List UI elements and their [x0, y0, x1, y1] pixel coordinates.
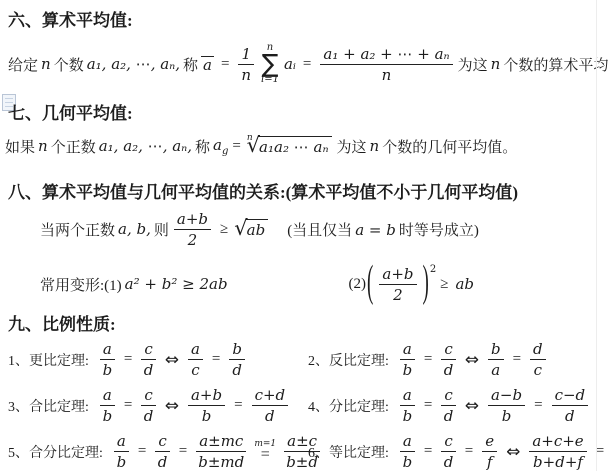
- item-2-label: (2): [349, 276, 367, 293]
- text-run: 称: [183, 54, 198, 75]
- fraction: cd: [438, 432, 458, 471]
- document-page: 六、算术平均值: 给定 n 个数 a₁, a₂, ⋯, aₙ, 称 a = 1n…: [0, 0, 608, 471]
- fraction: ab: [397, 386, 418, 425]
- summation: n∑i=1: [261, 43, 279, 86]
- equals-sign: =: [124, 397, 132, 414]
- fraction: cd: [438, 340, 458, 379]
- fraction: cd: [138, 340, 158, 379]
- fraction: dc: [527, 340, 549, 379]
- fraction-a-plus-b-over-2: a+b2: [171, 210, 214, 249]
- var-a-g: ag: [210, 136, 228, 157]
- text-run: 给定: [8, 54, 38, 75]
- var-ai: aᵢ: [284, 55, 296, 73]
- equals-sign: =: [424, 351, 432, 368]
- theorem-item-6: 6、等比定理: ab = cd = ef ⇔ a+c+eb+d+f = ab: [308, 432, 608, 471]
- theorem-label: 2、反比定理:: [308, 350, 389, 370]
- var-a-eq-b: a = b: [355, 221, 396, 239]
- text-run: 如果: [5, 136, 35, 157]
- iff-arrow-icon: ⇔: [165, 396, 179, 416]
- sqrt-ab: √ab: [234, 219, 271, 240]
- fraction: bd: [226, 340, 248, 379]
- var-list: a₁, a₂, ⋯, aₙ,: [87, 55, 180, 73]
- text-run: 个数的几何平均值。: [382, 136, 517, 157]
- page-edge-rule: [596, 0, 597, 471]
- theorem-item-1: 1、更比定理: ab = cd ⇔ ac = bd: [8, 340, 308, 379]
- close-paren: ): [423, 258, 429, 310]
- geq-sign: ≥: [220, 221, 228, 238]
- geo-mean-definition: 如果 n 个正数 a₁, a₂, ⋯, aₙ, 称 ag = n√a₁a₂ ⋯ …: [5, 131, 608, 161]
- fraction: a+c+eb+d+f: [526, 432, 589, 471]
- fraction-a-plus-b-over-2: a+b2: [376, 265, 419, 304]
- equals-sign: =: [534, 397, 542, 414]
- iff-arrow-icon: ⇔: [506, 442, 520, 462]
- fraction: c+dd: [249, 386, 292, 425]
- text-run: 为这: [458, 54, 488, 75]
- fraction: cd: [138, 386, 158, 425]
- am-gm-inequality: 当两个正数 a, b, 则 a+b2 ≥ √ab (当且仅当a = b时等号成立…: [40, 208, 608, 250]
- fraction: ac: [185, 340, 206, 379]
- text-run: 则: [154, 219, 169, 240]
- fraction: ab: [397, 340, 418, 379]
- fraction: ba: [485, 340, 507, 379]
- section-9-heading: 九、比例性质:: [8, 310, 608, 335]
- nth-root: n√a₁a₂ ⋯ aₙ: [247, 136, 335, 157]
- var-ab: ab: [455, 275, 474, 293]
- var-n: n: [370, 137, 380, 155]
- var-n: n: [491, 55, 501, 73]
- conditional-equals: m=1=: [254, 440, 276, 463]
- transform-label: 常用变形:(1): [40, 274, 122, 295]
- fraction: ef: [479, 432, 500, 471]
- proportion-theorems: 1、更比定理: ab = cd ⇔ ac = bd 2、反比定理: ab = c…: [8, 340, 608, 471]
- fraction: ab: [111, 432, 132, 471]
- equals-sign: =: [138, 443, 146, 460]
- fraction: cd: [152, 432, 172, 471]
- equals-sign: =: [465, 443, 473, 460]
- fraction: a−bb: [485, 386, 528, 425]
- equals-sign: =: [221, 56, 229, 73]
- text-run: 为这: [337, 136, 367, 157]
- text-run: 称: [195, 136, 210, 157]
- equals-sign: =: [179, 443, 187, 460]
- square-exponent: 2: [430, 264, 436, 275]
- equals-sign: =: [124, 351, 132, 368]
- fraction: c−dd: [549, 386, 592, 425]
- equals-sign: =: [303, 56, 311, 73]
- theorem-item-5: 5、合分比定理: ab = cd = a±mcb±md m=1= a±cb±d: [8, 432, 308, 471]
- theorem-item-4: 4、分比定理: ab = cd ⇔ a−bb = c−dd: [308, 386, 608, 425]
- section-7-heading: 七、几何平均值:: [8, 99, 608, 124]
- theorem-label: 1、更比定理:: [8, 350, 89, 370]
- fraction-one-over-n: 1n: [235, 45, 257, 84]
- var-a-bar: a: [201, 56, 214, 73]
- equals-sign: =: [513, 351, 521, 368]
- var-n: n: [41, 55, 51, 73]
- fraction: ab: [97, 386, 118, 425]
- fraction: a±mcb±md: [193, 432, 249, 471]
- theorem-label: 6、等比定理:: [308, 442, 389, 462]
- text-run: 个数的算术平均值。: [503, 54, 608, 75]
- identity-1: a² + b² ≥ 2ab: [125, 275, 228, 293]
- theorem-item-3: 3、合比定理: ab = cd ⇔ a+bb = c+dd: [8, 386, 308, 425]
- fraction: ab: [397, 432, 418, 471]
- geq-sign: ≥: [440, 276, 448, 293]
- text-run: 当两个正数: [40, 219, 115, 240]
- iff-arrow-icon: ⇔: [165, 350, 179, 370]
- sigma-icon: ∑: [262, 53, 279, 76]
- theorem-item-2: 2、反比定理: ab = cd ⇔ ba = dc: [308, 340, 608, 379]
- iff-arrow-icon: ⇔: [465, 350, 479, 370]
- equals-sign: =: [212, 351, 220, 368]
- theorem-label: 4、分比定理:: [308, 396, 389, 416]
- common-transforms: 常用变形:(1) a² + b² ≥ 2ab (2) ( a+b2 ) 2 ≥ …: [40, 260, 608, 308]
- fraction: cd: [438, 386, 458, 425]
- theorem-label: 5、合分比定理:: [8, 442, 103, 462]
- text-run: 个正数: [51, 136, 96, 157]
- arith-mean-definition: 给定 n 个数 a₁, a₂, ⋯, aₙ, 称 a = 1n n∑i=1 aᵢ…: [8, 40, 608, 88]
- section-8-heading: 八、算术平均值与几何平均值的关系:(算术平均值不小于几何平均值): [8, 178, 608, 203]
- text-run: 个数: [54, 54, 84, 75]
- var-ab: a, b,: [118, 220, 151, 238]
- equality-note: (当且仅当a = b时等号成立): [287, 219, 479, 240]
- equals-sign: =: [424, 397, 432, 414]
- open-paren: (: [367, 258, 373, 310]
- equals-sign: =: [234, 397, 242, 414]
- fraction-sum-over-n: a₁ + a₂ + ⋯ + aₙn: [317, 45, 455, 84]
- var-list: a₁, a₂, ⋯, aₙ,: [99, 137, 192, 155]
- radical-icon: √: [234, 218, 247, 239]
- var-n: n: [38, 137, 48, 155]
- section-6-heading: 六、算术平均值:: [8, 0, 608, 31]
- iff-arrow-icon: ⇔: [465, 396, 479, 416]
- fraction: ab: [97, 340, 118, 379]
- equals-sign: =: [232, 138, 240, 155]
- equals-sign: =: [424, 443, 432, 460]
- theorem-label: 3、合比定理:: [8, 396, 89, 416]
- fraction: a+bb: [185, 386, 228, 425]
